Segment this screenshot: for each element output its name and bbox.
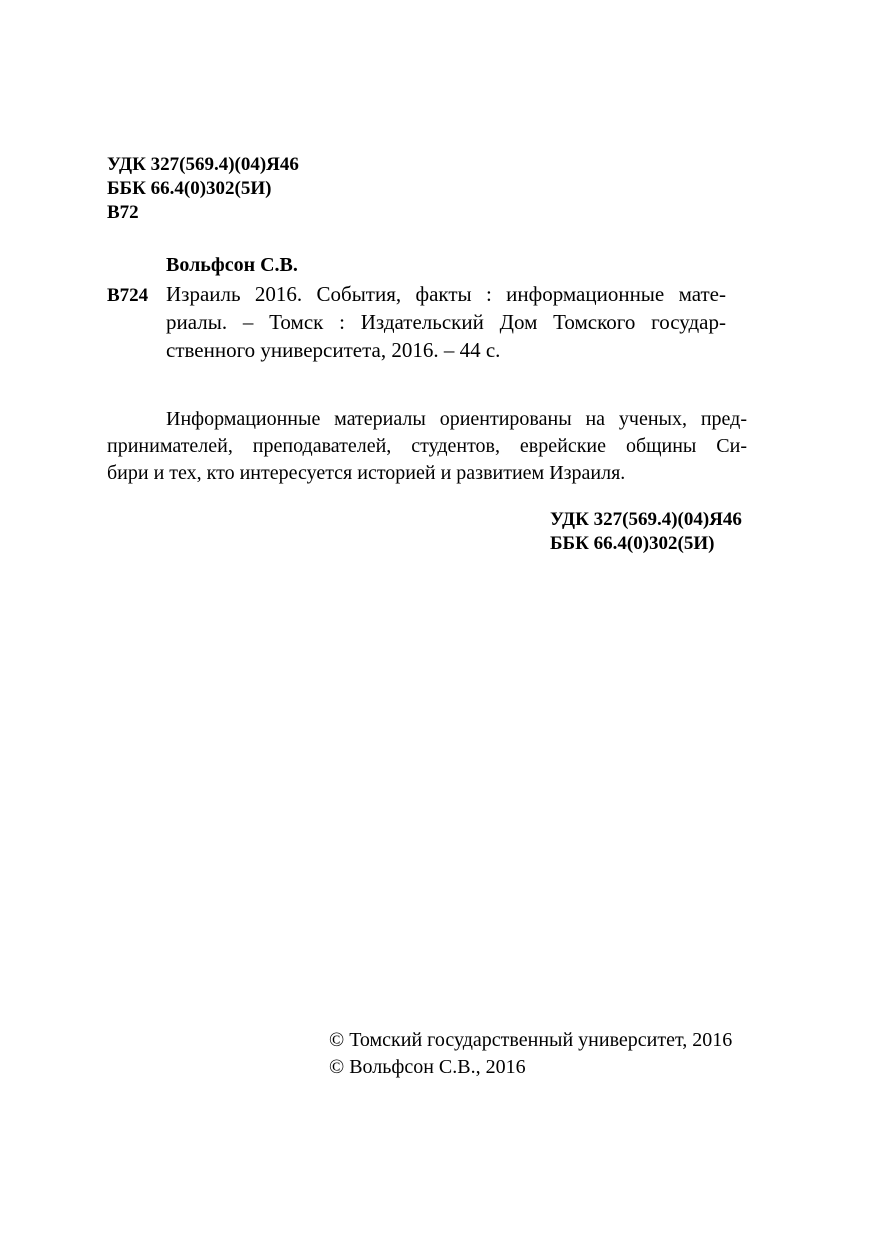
bibliographic-description: Израиль 2016. События, факты : информаци… (166, 280, 726, 364)
bbk-code: ББК 66.4(0)302(5И) (550, 532, 742, 556)
biblio-line: Израиль 2016. События, факты : информаци… (166, 280, 726, 308)
annotation-line: Информационные материалы ориентированы н… (107, 406, 747, 433)
author-sign: В72 (107, 201, 299, 225)
bbk-code: ББК 66.4(0)302(5И) (107, 177, 299, 201)
annotation: Информационные материалы ориентированы н… (107, 406, 747, 487)
copyright-line: © Томский государственный университет, 2… (329, 1027, 732, 1054)
classification-codes-top: УДК 327(569.4)(04)Я46 ББК 66.4(0)302(5И)… (107, 153, 299, 225)
biblio-line: ственного университета, 2016. – 44 с. (166, 336, 726, 364)
author-name: Вольфсон С.В. (166, 253, 298, 277)
udk-code: УДК 327(569.4)(04)Я46 (550, 508, 742, 532)
author-mark: В724 (107, 282, 148, 310)
biblio-line: риалы. – Томск : Издательский Дом Томско… (166, 308, 726, 336)
copyright-line: © Вольфсон С.В., 2016 (329, 1054, 732, 1081)
annotation-line: бири и тех, кто интересуется историей и … (107, 460, 747, 487)
classification-codes-bottom: УДК 327(569.4)(04)Я46 ББК 66.4(0)302(5И) (550, 508, 742, 556)
copyright-notice: © Томский государственный университет, 2… (329, 1027, 732, 1081)
annotation-line: принимателей, преподавателей, студентов,… (107, 433, 747, 460)
udk-code: УДК 327(569.4)(04)Я46 (107, 153, 299, 177)
